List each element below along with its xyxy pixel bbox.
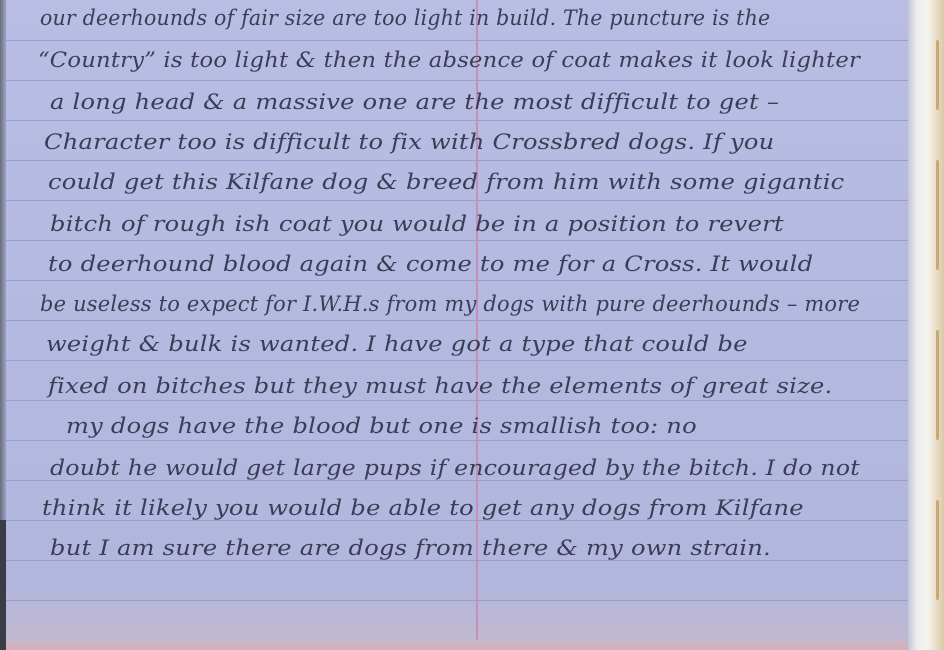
handwritten-line-1: our deerhounds of fair size are too ligh… bbox=[40, 6, 860, 30]
handwritten-line-4: Character too is difficult to fix with C… bbox=[44, 130, 774, 154]
ruled-line bbox=[6, 240, 911, 241]
binding-stitch bbox=[936, 40, 939, 110]
handwritten-line-2: “Country” is too light & then the absenc… bbox=[38, 48, 860, 72]
handwritten-line-12: doubt he would get large pups if encoura… bbox=[50, 456, 860, 480]
handwritten-line-9: weight & bulk is wanted. I have got a ty… bbox=[46, 332, 748, 356]
binding-stitch bbox=[936, 500, 939, 600]
handwritten-line-14: but I am sure there are dogs from there … bbox=[50, 536, 771, 560]
notebook-page: our deerhounds of fair size are too ligh… bbox=[0, 0, 944, 650]
binding-stitch bbox=[936, 160, 939, 270]
page-left-edge-shadow bbox=[0, 520, 6, 650]
ruled-line bbox=[6, 360, 911, 361]
handwritten-line-5: could get this Kilfane dog & breed from … bbox=[48, 170, 844, 194]
ruled-line bbox=[6, 120, 911, 121]
handwritten-line-6: bitch of rough ish coat you would be in … bbox=[50, 212, 784, 236]
ruled-line bbox=[6, 520, 911, 521]
handwritten-line-3: a long head & a massive one are the most… bbox=[50, 90, 779, 114]
handwritten-line-8: be useless to expect for I.W.H.s from my… bbox=[40, 292, 860, 316]
ruled-line bbox=[6, 400, 911, 401]
ruled-line bbox=[6, 160, 911, 161]
ruled-line bbox=[6, 80, 911, 81]
ruled-line bbox=[6, 480, 911, 481]
ruled-line bbox=[6, 440, 911, 441]
handwritten-line-13: think it likely you would be able to get… bbox=[42, 496, 804, 520]
ruled-line bbox=[6, 560, 911, 561]
ruled-line bbox=[6, 40, 911, 41]
ruled-line bbox=[6, 280, 911, 281]
binding-stitch bbox=[936, 330, 939, 440]
page-bottom-edge bbox=[6, 640, 908, 650]
ruled-line bbox=[6, 600, 911, 601]
ruled-line bbox=[6, 200, 911, 201]
handwritten-line-11: my dogs have the blood but one is smalli… bbox=[66, 414, 697, 438]
handwritten-line-10: fixed on bitches but they must have the … bbox=[48, 374, 832, 398]
ruled-line bbox=[6, 320, 911, 321]
handwritten-line-7: to deerhound blood again & come to me fo… bbox=[48, 252, 813, 276]
